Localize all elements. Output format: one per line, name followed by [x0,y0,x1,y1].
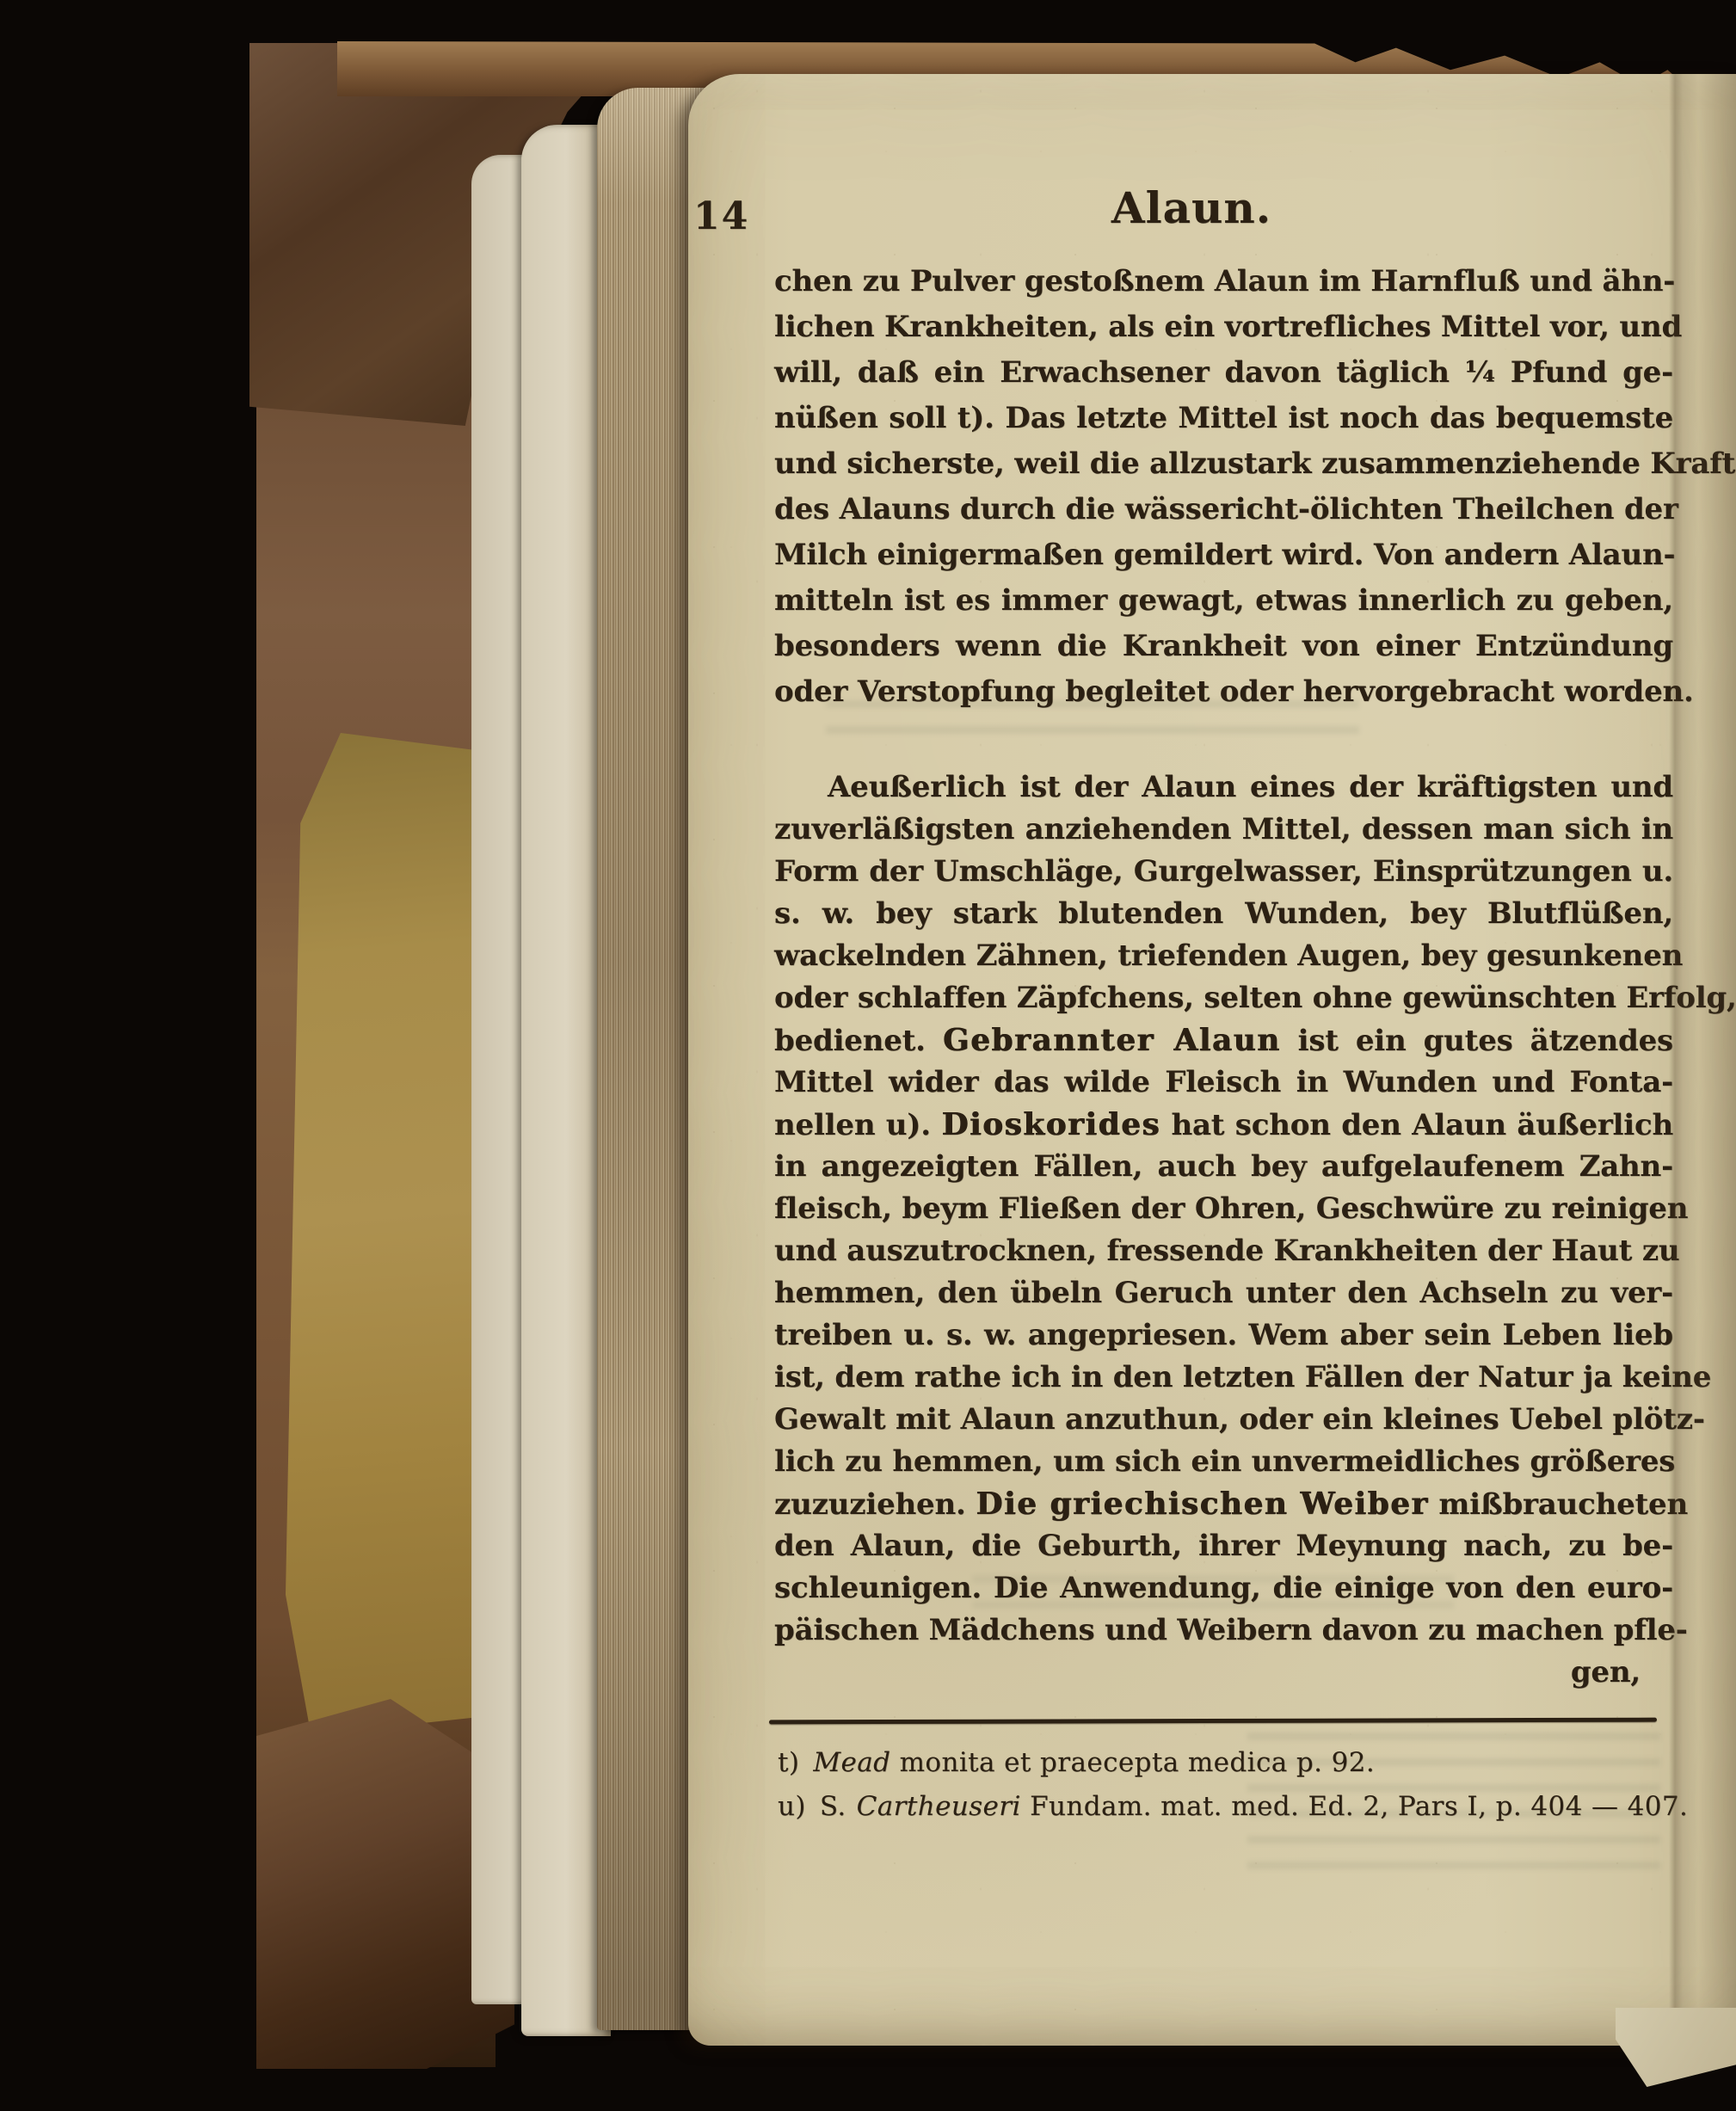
footnote-text: Fundam. mat. med. Ed. 2, Pars I, p. 404 … [1021,1791,1688,1822]
paragraph-1: chen zu Pulver gestoßnem Alaun im Harnfl… [774,259,1673,715]
text-line: den Alaun, die Geburth, ihrer Meynung na… [774,1525,1673,1567]
running-title: Alaun. [740,182,1643,233]
text-segment: hat schon den Alaun äußerlich [1160,1108,1673,1142]
text-line: treiben u. s. w. angepriesen. Wem aber s… [774,1314,1673,1357]
text-line: s. w. bey stark blutenden Wunden, bey Bl… [774,893,1673,935]
text-line: mitteln ist es immer gewagt, etwas inner… [774,578,1673,624]
text-line: will, daß ein Erwachsener davon täglich … [774,350,1673,396]
footnote-prefix: S. [820,1791,846,1822]
text-line: päischen Mädchens und Weibern davon zu m… [774,1609,1673,1652]
text-line: ist, dem rathe ich in den letzten Fällen… [774,1357,1673,1399]
text-line: wackelnden Zähnen, triefenden Augen, bey… [774,935,1673,977]
text-line: chen zu Pulver gestoßnem Alaun im Harnfl… [774,259,1673,305]
book-page: 14 Alaun. chen zu Pulver gestoßnem Alaun… [688,74,1736,2046]
text-line: in angezeigten Fällen, auch bey aufgelau… [774,1146,1673,1188]
emphasized-text: Die griechischen Weiber [976,1486,1428,1522]
text-line: nüßen soll t). Das letzte Mittel ist noc… [774,396,1673,441]
text-line: lich zu hemmen, um sich ein unvermeidlic… [774,1441,1673,1483]
text-line: Mittel wider das wilde Fleisch in Wunden… [774,1062,1673,1104]
emphasized-text: Gebrannter Alaun [943,1022,1281,1058]
text-segment: zuzuziehen. [774,1487,976,1522]
body-text: chen zu Pulver gestoßnem Alaun im Harnfl… [774,259,1673,1694]
footnotes: t)Mead monita et praecepta medica p. 92.… [778,1741,1677,1829]
text-line: Milch einigermaßen gemildert wird. Von a… [774,532,1673,578]
text-segment: ist ein gutes ätzendes [1281,1024,1673,1058]
text-line: fleisch, beym Fließen der Ohren, Geschwü… [774,1188,1673,1230]
text-line: zuzuziehen. Die griechischen Weiber mißb… [774,1483,1673,1525]
footnote-author: Mead [813,1747,890,1778]
text-line: besonders wenn die Krankheit von einer E… [774,624,1673,669]
text-segment: mißbraucheten [1429,1487,1688,1522]
spine-gold-patch [286,733,497,1735]
text-line: und sicherste, weil die allzustark zusam… [774,441,1673,487]
footnote-author: Cartheuseri [857,1791,1021,1822]
text-line: lichen Krankheiten, als ein vortrefliche… [774,305,1673,350]
text-line: schleunigen. Die Anwendung, die einige v… [774,1567,1673,1609]
text-line: Aeußerlich ist der Alaun eines der kräft… [774,766,1673,809]
text-line: Form der Umschläge, Gurgelwasser, Einspr… [774,851,1673,893]
text-line: nellen u). Dioskorides hat schon den Ala… [774,1104,1673,1146]
text-line: oder schlaffen Zäpfchens, selten ohne ge… [774,977,1673,1019]
page-crease [1669,74,1736,2046]
emphasized-text: Dioskorides [941,1106,1160,1142]
text-line: Gewalt mit Alaun anzuthun, oder ein klei… [774,1399,1673,1441]
footnote-rule [769,1718,1657,1725]
footnote-marker: t) [778,1747,799,1778]
text-line: und auszutrocknen, fressende Krankheiten… [774,1230,1673,1272]
text-line: oder Verstopfung begleitet oder hervorge… [774,669,1673,715]
bottom-corner-fold [1616,2008,1736,2087]
text-line: zuverläßigsten anziehenden Mittel, desse… [774,809,1673,851]
catchword-line: gen, [774,1652,1673,1694]
text-line: hemmen, den übeln Geruch unter den Achse… [774,1272,1673,1314]
paragraph-2: Aeußerlich ist der Alaun eines der kräft… [774,766,1673,1652]
text-line: des Alauns durch die wässericht-ölichten… [774,487,1673,532]
text-line: bedienet. Gebrannter Alaun ist ein gutes… [774,1019,1673,1062]
catchword: gen, [1571,1655,1641,1689]
footnote: u)S.Cartheuseri Fundam. mat. med. Ed. 2,… [778,1785,1677,1829]
text-segment: nellen u). [774,1108,941,1142]
footnote-marker: u) [778,1791,806,1822]
text-segment: bedienet. [774,1024,943,1058]
footnote: t)Mead monita et praecepta medica p. 92. [778,1741,1677,1785]
footnote-text: monita et praecepta medica p. 92. [890,1747,1375,1778]
